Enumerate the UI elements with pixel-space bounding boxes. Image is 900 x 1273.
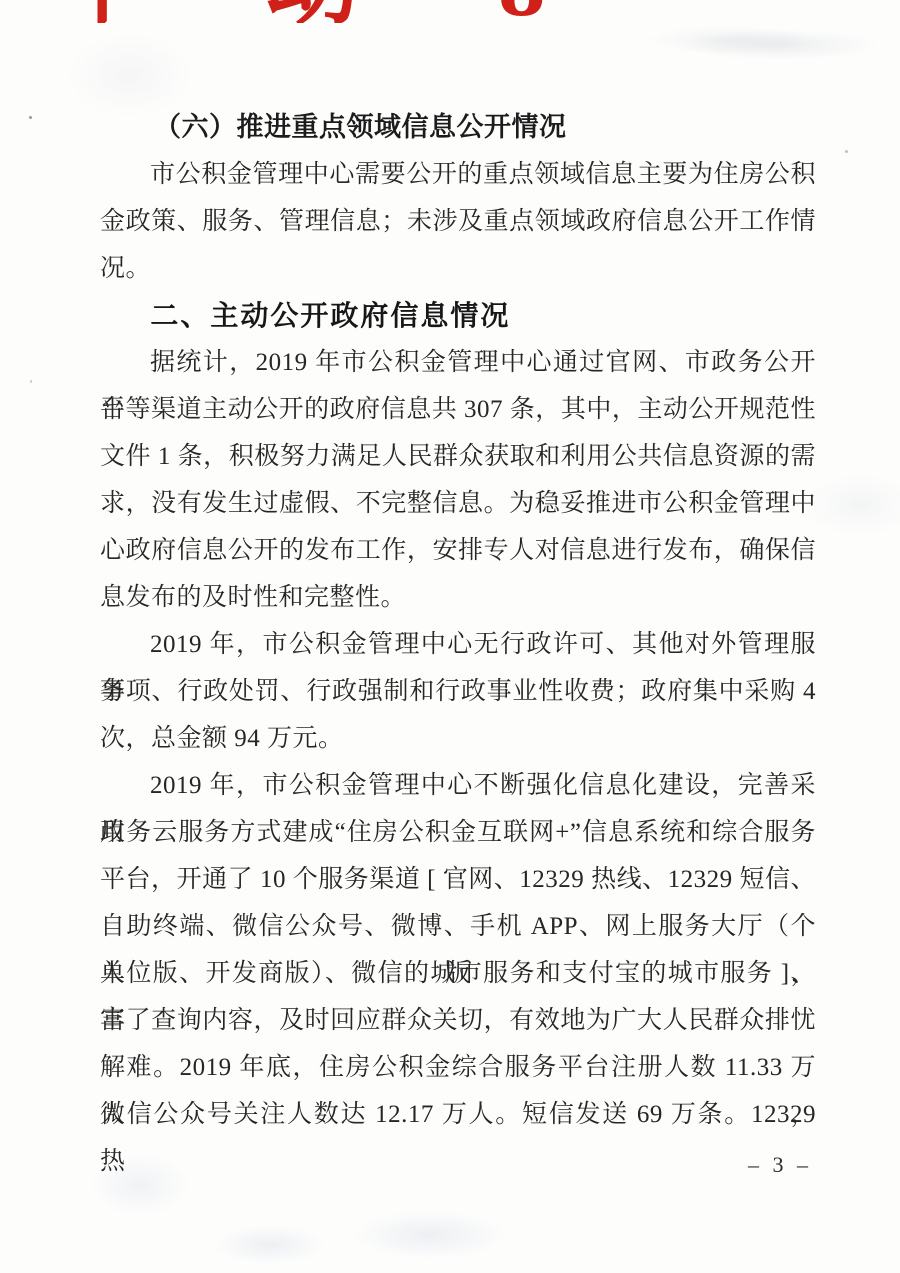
page-number: – 3 – [748, 1152, 812, 1178]
text-line: 台等渠道主动公开的政府信息共 307 条，其中，主动公开规范性 [100, 386, 816, 433]
document-body: （六）推进重点领域信息公开情况 市公积金管理中心需要公开的重点领域信息主要为住房… [100, 104, 816, 1138]
text-line: 平台，开通了 10 个服务渠道 [ 官网、12329 热线、12329 短信、 [100, 856, 816, 903]
scanned-document-page: 中 动 8 （六）推进重点领域信息公开情况 市公积金管理中心需要公开的重点领域信… [0, 0, 900, 1273]
red-letterhead-cutoff: 中 动 8 [0, 0, 900, 23]
scan-speck [30, 380, 32, 383]
scan-speck [845, 150, 848, 153]
text-line: 次，总金额 94 万元。 [100, 715, 816, 762]
text-line: 心政府信息公开的发布工作，安排专人对信息进行发布，确保信 [100, 527, 816, 574]
red-letterhead-fragment: 动 [265, 0, 360, 23]
text-line: 事项、行政处罚、行政强制和行政事业性收费；政府集中采购 4 [100, 668, 816, 715]
text-line: 息发布的及时性和完整性。 [100, 574, 816, 621]
text-line: 富了查询内容，及时回应群众关切，有效地为广大人民群众排忧 [100, 997, 816, 1044]
text-line: 据统计，2019 年市公积金管理中心通过官网、市政务公开平 [100, 339, 816, 386]
section-heading-two: 二、主动公开政府信息情况 [100, 292, 816, 339]
text-line: 微信公众号关注人数达 12.17 万人。短信发送 69 万条。12329 热 [100, 1091, 816, 1138]
text-line: 2019 年，市公积金管理中心不断强化信息化建设，完善采用 [100, 762, 816, 809]
text-line: 解难。2019 年底，住房公积金综合服务平台注册人数 11.33 万人， [100, 1044, 816, 1091]
red-letterhead-fragment: 中 [55, 0, 150, 23]
text-line: 政务云服务方式建成“住房公积金互联网+”信息系统和综合服务 [100, 809, 816, 856]
red-letterhead-fragment: 8 [498, 0, 546, 23]
text-line: 况。 [100, 245, 816, 292]
text-line: 单位版、开发商版）、微信的城市服务和支付宝的城市服务 ]，丰 [100, 950, 816, 997]
scan-speck [29, 116, 32, 119]
text-line: 金政策、服务、管理信息；未涉及重点领域政府信息公开工作情 [100, 198, 816, 245]
text-line: 市公积金管理中心需要公开的重点领域信息主要为住房公积 [100, 151, 816, 198]
section-heading-six: （六）推进重点领域信息公开情况 [100, 104, 816, 151]
text-line: 2019 年，市公积金管理中心无行政许可、其他对外管理服务 [100, 621, 816, 668]
text-line: 求，没有发生过虚假、不完整信息。为稳妥推进市公积金管理中 [100, 480, 816, 527]
text-line: 自助终端、微信公众号、微博、手机 APP、网上服务大厅（个人版、 [100, 903, 816, 950]
text-line: 文件 1 条，积极努力满足人民群众获取和利用公共信息资源的需 [100, 433, 816, 480]
